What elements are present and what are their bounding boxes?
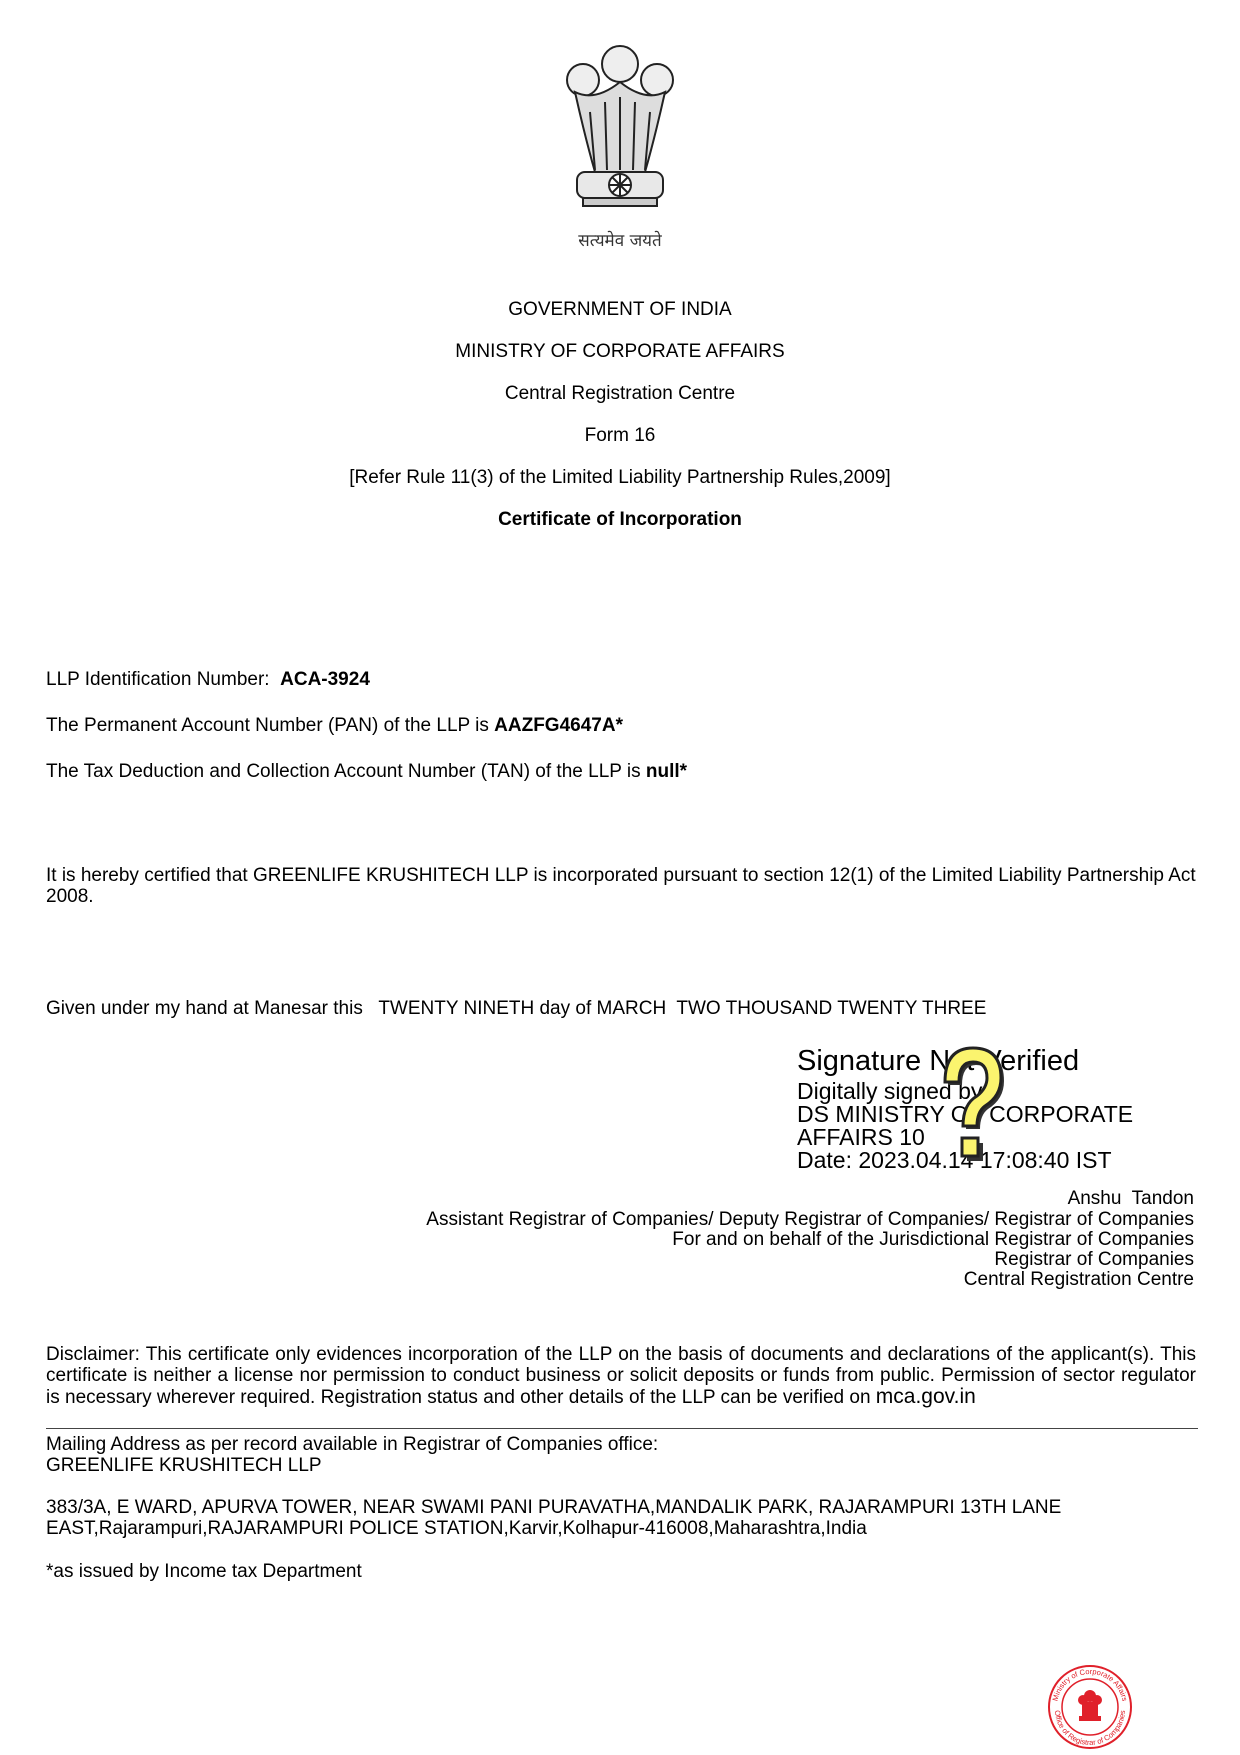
registrar-seal-icon: Ministry of Corporate Affairs Office of … xyxy=(1045,1662,1135,1752)
pan-label: The Permanent Account Number (PAN) of th… xyxy=(46,715,489,736)
certification-text: It is hereby certified that GREENLIFE KR… xyxy=(46,865,1196,907)
given-under-text: Given under my hand at Manesar this TWEN… xyxy=(46,998,986,1020)
tan-row: The Tax Deduction and Collection Account… xyxy=(46,761,687,783)
disclaimer-text: Disclaimer: This certificate only eviden… xyxy=(46,1344,1196,1408)
signatory-name: Anshu Tandon xyxy=(1068,1189,1194,1209)
national-motto: सत्यमेव जयते xyxy=(0,228,1240,251)
tan-label: The Tax Deduction and Collection Account… xyxy=(46,761,641,782)
national-emblem-icon xyxy=(555,42,685,222)
mailing-address-label: Mailing Address as per record available … xyxy=(46,1434,658,1456)
header-rule-reference: [Refer Rule 11(3) of the Limited Liabili… xyxy=(0,467,1240,489)
mailing-address-line-1: 383/3A, E WARD, APURVA TOWER, NEAR SWAMI… xyxy=(46,1497,1061,1519)
header-ministry: MINISTRY OF CORPORATE AFFAIRS xyxy=(0,341,1240,363)
tan-value: null* xyxy=(646,761,687,782)
pan-value: AAZFG4647A* xyxy=(494,715,623,736)
mailing-address-line-2: EAST,Rajarampuri,RAJARAMPURI POLICE STAT… xyxy=(46,1518,867,1540)
llpin-value: ACA-3924 xyxy=(280,669,370,690)
certificate-title: Certificate of Incorporation xyxy=(0,509,1240,531)
signatory-centre: Central Registration Centre xyxy=(964,1270,1194,1290)
llpin-row: LLP Identification Number: ACA-3924 xyxy=(46,669,370,691)
signatory-behalf: For and on behalf of the Jurisdictional … xyxy=(672,1230,1194,1250)
mailing-company-name: GREENLIFE KRUSHITECH LLP xyxy=(46,1455,322,1477)
llpin-label: LLP Identification Number: xyxy=(46,669,270,690)
question-mark-icon[interactable] xyxy=(937,1040,1007,1170)
footnote: *as issued by Income tax Department xyxy=(46,1561,362,1583)
disclaimer: Disclaimer: This certificate only eviden… xyxy=(46,1344,1196,1408)
pan-row: The Permanent Account Number (PAN) of th… xyxy=(46,715,623,737)
divider-line xyxy=(46,1428,1198,1429)
signatory-designation: Assistant Registrar of Companies/ Deputy… xyxy=(426,1210,1194,1230)
header-centre: Central Registration Centre xyxy=(0,383,1240,405)
header-government: GOVERNMENT OF INDIA xyxy=(0,299,1240,321)
mca-website-link[interactable]: mca.gov.in xyxy=(876,1385,976,1408)
header-form: Form 16 xyxy=(0,425,1240,447)
signatory-registrar: Registrar of Companies xyxy=(994,1250,1194,1270)
